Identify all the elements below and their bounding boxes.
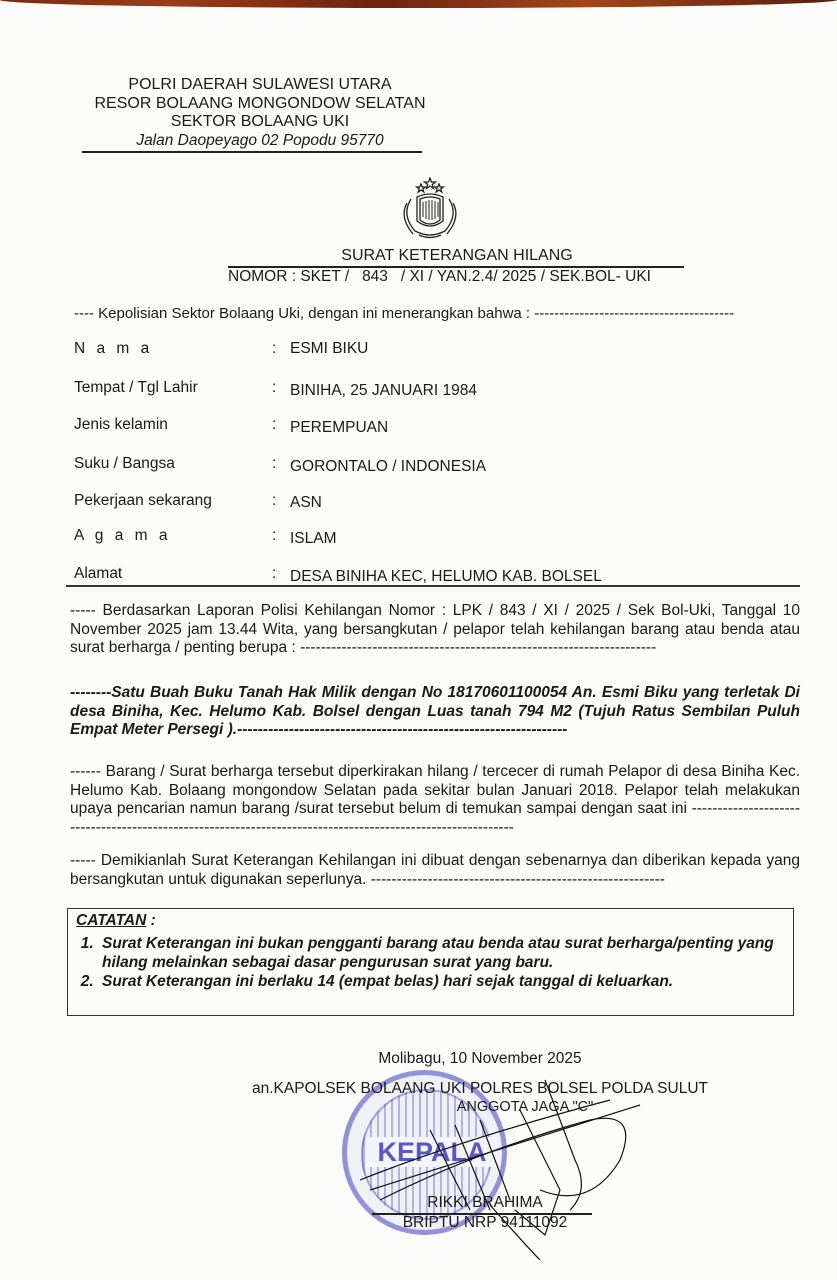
note-item: Surat Keterangan ini bukan pengganti bar… (98, 934, 785, 972)
field-label: Tempat / Tgl Lahir (74, 379, 272, 400)
field-label: Jenis kelamin (74, 416, 272, 437)
notes-list: Surat Keterangan ini bukan pengganti bar… (76, 934, 785, 991)
polri-emblem-icon (393, 177, 467, 241)
field-colon: : (272, 455, 290, 476)
field-label: Pekerjaan sekarang (74, 492, 272, 512)
letterhead: POLRI DAERAH SULAWESI UTARA RESOR BOLAAN… (60, 76, 460, 150)
notes-heading-row: CATATAN : (76, 911, 785, 930)
field-jenis-kelamin: Jenis kelamin : PEREMPUAN (74, 416, 774, 437)
field-colon: : (272, 527, 290, 548)
signatory-name: RIKKI BRAHIMA (380, 1194, 590, 1212)
report-paragraph: ----- Berdasarkan Laporan Polisi Kehilan… (70, 602, 800, 658)
lost-item-paragraph: --------Satu Buah Buku Tanah Hak Milik d… (70, 684, 800, 740)
field-label: Suku / Bangsa (74, 455, 272, 476)
field-value: BINIHA, 25 JANUARI 1984 (290, 379, 774, 400)
letterhead-line-3: SEKTOR BOLAANG UKI (60, 113, 460, 132)
field-label: A g a m a (74, 527, 272, 548)
field-value: ISLAM (290, 527, 774, 548)
signatory-rank-nrp: BRIPTU NRP 94111092 (380, 1214, 590, 1232)
document-title: SURAT KETERANGAN HILANG (230, 247, 684, 265)
letterhead-line-2: RESOR BOLAANG MONGONDOW SELATAN (60, 95, 460, 114)
field-alamat: Alamat : DESA BINIHA KEC, HELUMO KAB. BO… (74, 565, 774, 586)
letterhead-rule (82, 151, 422, 153)
notes-heading: CATATAN (76, 912, 146, 929)
note-item: Surat Keterangan ini berlaku 14 (empat b… (98, 972, 785, 991)
notes-heading-colon: : (146, 912, 155, 929)
photo-edge-strip (0, 0, 837, 8)
loss-details-paragraph: ------ Barang / Surat berharga tersebut … (70, 763, 800, 837)
field-colon: : (272, 379, 290, 400)
field-nama: N a m a : ESMI BIKU (74, 340, 774, 358)
field-label: Alamat (74, 565, 272, 586)
notes-box: CATATAN : Surat Keterangan ini bukan pen… (67, 908, 794, 1016)
field-colon: : (272, 340, 290, 358)
field-tempat-tgl-lahir: Tempat / Tgl Lahir : BINIHA, 25 JANUARI … (74, 379, 774, 400)
letterhead-address: Jalan Daopeyago 02 Popodu 95770 (60, 132, 460, 151)
letterhead-line-1: POLRI DAERAH SULAWESI UTARA (60, 76, 460, 95)
intro-statement: ---- Kepolisian Sektor Bolaang Uki, deng… (74, 305, 800, 322)
field-label: N a m a (74, 340, 272, 358)
field-value: PEREMPUAN (290, 416, 774, 437)
field-value: DESA BINIHA KEC, HELUMO KAB. BOLSEL (290, 565, 774, 586)
identity-rule (66, 585, 800, 587)
field-colon: : (272, 565, 290, 586)
field-value: ESMI BIKU (290, 340, 774, 358)
field-pekerjaan: Pekerjaan sekarang : ASN (74, 492, 774, 512)
field-suku-bangsa: Suku / Bangsa : GORONTALO / INDONESIA (74, 455, 774, 476)
field-agama: A g a m a : ISLAM (74, 527, 774, 548)
field-colon: : (272, 416, 290, 437)
document-number: NOMOR : SKET / 843 / XI / YAN.2.4/ 2025 … (228, 268, 688, 286)
field-colon: : (272, 492, 290, 512)
closing-paragraph: ----- Demikianlah Surat Keterangan Kehil… (70, 852, 800, 889)
field-value: GORONTALO / INDONESIA (290, 455, 774, 476)
field-value: ASN (290, 492, 774, 512)
